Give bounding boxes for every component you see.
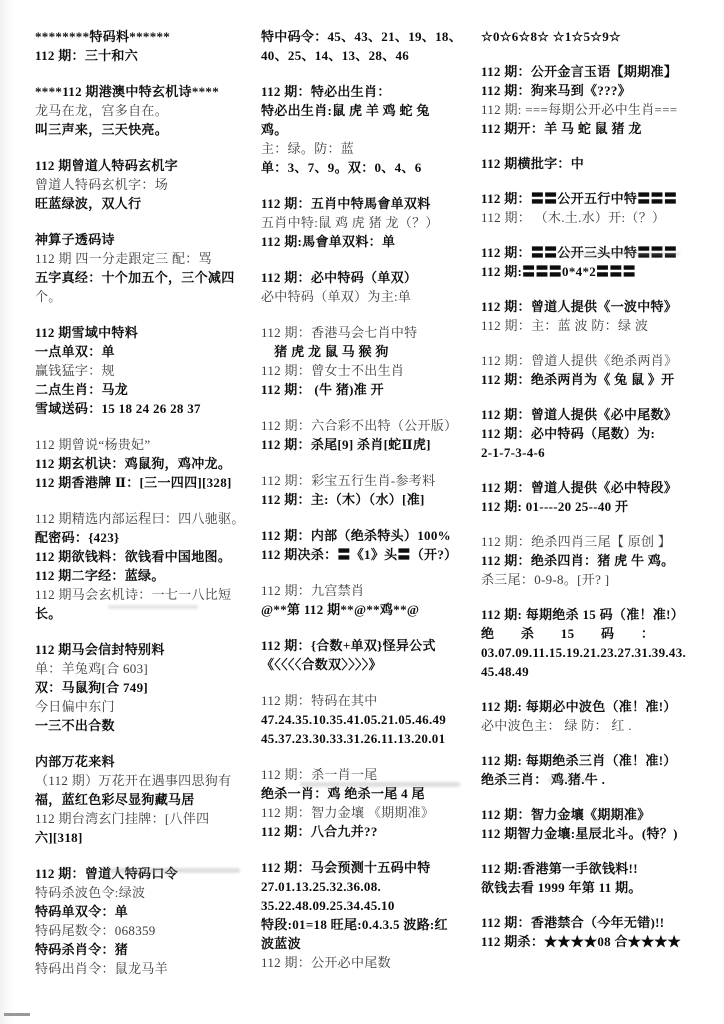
text-line: 特码单双令：单 <box>35 902 259 921</box>
text-block: 112 期：{合数+单双}怪异公式《〈〈〈〈合数双〉〉〉〉》 <box>261 636 479 674</box>
scan-artifact <box>300 782 460 787</box>
text-line: 112 期：特必出生肖： <box>261 82 479 101</box>
text-line: 112 期：曾道人特码口令 <box>35 864 259 883</box>
right-column: ☆0☆6☆8☆ ☆1☆5☆9☆112 期：公开金言玉语【期期准】112 期：狗来… <box>481 27 721 967</box>
text-block: 内部万花来料（112 期）万花开在遇事四思狗有福，蓝红色彩尽显狗藏马居112 期… <box>35 752 259 847</box>
text-line: 112 期香港牌 Ⅱ：[三一四四][328] <box>35 473 259 492</box>
text-line: 112 期 四一分走跟定三 配：骂 <box>35 249 259 268</box>
text-line: 欲钱去看 1999 年第 11 期。 <box>481 878 721 897</box>
text-block: 112 期：九宫禁肖@**第 112 期**@**鸡**@ <box>261 581 479 619</box>
text-block: 112 期：六合彩不出特（公开版）112 期：杀尾[9] 杀肖[蛇Ⅱ虎] <box>261 416 479 454</box>
text-line: 112 期精选内部运程曰：四八驰驱。 <box>35 509 259 528</box>
text-line: 112 期:馬會单双料：单 <box>261 232 479 251</box>
text-line: 112 期：绝杀四肖：猪 虎 牛 鸡。 <box>481 551 721 570</box>
text-line: 绝 杀 15 码 ： <box>481 624 721 643</box>
text-block: 112 期：内部（绝杀特头）100%112 期决杀：〓《1》头〓（开?） <box>261 526 479 564</box>
text-block: 112 期：彩宝五行生肖-参考料112 期：主:（木）（水）[准] <box>261 471 479 509</box>
text-line: 112 期：六合彩不出特（公开版） <box>261 416 479 435</box>
text-line: 112 期： （木.土.水）开:（？） <box>481 208 721 227</box>
text-block: 112 期：曾道人提供《必中特段》112 期: 01----20 25--40 … <box>481 478 721 516</box>
text-line: 112 期台湾玄门挂牌：[八伴四 <box>35 809 259 828</box>
text-line: 45.37.23.30.33.31.26.11.13.20.01 <box>261 729 479 748</box>
text-line: 112 期欲钱料：欲钱看中国地图。 <box>35 547 259 566</box>
text-line: 赢钱猛字：规 <box>35 361 259 380</box>
left-column: ********特码料******112 期：三十和六****112 期港澳中特… <box>35 27 259 995</box>
text-line: 112 期：曾道人提供《绝杀两肖》 <box>481 351 721 370</box>
text-line: 112 期：公开必中尾数 <box>261 953 479 972</box>
text-line: 112 期横批字：中 <box>481 154 721 173</box>
text-block: ****112 期港澳中特玄机诗****龙马在龙，宫多自在。叫三声来，三天快亮。 <box>35 82 259 139</box>
text-block: 112 期：五肖中特馬會单双料五肖中特:鼠 鸡 虎 猪 龙（？）112 期:馬會… <box>261 194 479 251</box>
text-block: 112 期：绝杀四肖三尾【 原创 】112 期：绝杀四肖：猪 虎 牛 鸡。杀三尾… <box>481 532 721 589</box>
scan-artifact <box>560 252 680 256</box>
text-line: 112 期玄机诀：鸡鼠狗，鸡冲龙。 <box>35 454 259 473</box>
text-line: 112 期：曾女士不出生肖 <box>261 361 479 380</box>
text-line: 五肖中特:鼠 鸡 虎 猪 龙（？） <box>261 213 479 232</box>
text-line: 35.22.48.09.25.34.45.10 <box>261 896 479 915</box>
text-line: 112 期:香港第一手欲钱料!! <box>481 859 721 878</box>
text-block: 112 期马会信封特别料单：羊兔鸡[合 603]双：马鼠狗[合 749]今日偏中… <box>35 640 259 735</box>
text-line: 112 期：必中特码（尾数）为: <box>481 424 721 443</box>
text-line: 猪 虎 龙 鼠 马 猴 狗 <box>261 342 479 361</box>
text-block: 112 期:香港第一手欲钱料!!欲钱去看 1999 年第 11 期。 <box>481 859 721 897</box>
text-line: 单：羊兔鸡[合 603] <box>35 659 259 678</box>
text-line: 配密码：{423} <box>35 528 259 547</box>
text-line: 45.48.49 <box>481 662 721 681</box>
text-line: 一点单双：单 <box>35 342 259 361</box>
text-line: 112 期: ===每期公开必中生肖=== <box>481 100 721 119</box>
text-line: 112 期: 每期绝杀三肖（准！准!） <box>481 751 721 770</box>
text-line: 曾道人特码玄机字：场 <box>35 175 259 194</box>
text-line: 03.07.09.11.15.19.21.23.27.31.39.43. <box>481 643 721 662</box>
text-block: 112 期：〓〓公开三头中特〓〓〓112 期:〓〓〓0*4*2〓〓〓 <box>481 243 721 281</box>
text-block: 112 期：特码在其中47.24.35.10.35.41.05.21.05.46… <box>261 691 479 748</box>
text-block: 112 期：公开金言玉语【期期准】112 期：狗来马到《???》112 期: =… <box>481 62 721 138</box>
text-line: 112 期：主:（木）（水）[准] <box>261 490 479 509</box>
text-block: 112 期：香港马会七肖中特 猪 虎 龙 鼠 马 猴 狗112 期：曾女士不出生… <box>261 323 479 399</box>
text-line: 特中码令：45、43、21、19、18、 <box>261 27 479 46</box>
text-line: 112 期：八合九并?? <box>261 822 479 841</box>
text-line: 112 期雪域中特料 <box>35 323 259 342</box>
text-line: 112 期: 每期必中波色（准！准!） <box>481 697 721 716</box>
text-line: 112 期曾说“杨贵妃” <box>35 435 259 454</box>
middle-column: 特中码令：45、43、21、19、18、40、25、14、13、28、46112… <box>261 27 479 989</box>
text-block: 112 期：曾道人提供《绝杀两肖》112 期：绝杀两肖为《 兔 鼠 》开 <box>481 351 721 389</box>
text-line: ****112 期港澳中特玄机诗**** <box>35 82 259 101</box>
text-line: 112 期：智力金壤 《期期准》 <box>261 803 479 822</box>
text-line: 六][318] <box>35 828 259 847</box>
sheet-page: ********特码料******112 期：三十和六****112 期港澳中特… <box>0 0 724 1024</box>
text-line: 112 期：内部（绝杀特头）100% <box>261 526 479 545</box>
text-line: 必中波色主： 绿 防： 红 . <box>481 716 721 735</box>
text-line: 特段:01=18 旺尾:0.4.3.5 波路:红 <box>261 915 479 934</box>
text-block: 112 期雪域中特料一点单双：单赢钱猛字：规二点生肖：马龙雪域送码：15 18 … <box>35 323 259 418</box>
text-block: 112 期横批字：中 <box>481 154 721 173</box>
text-line: 112 期：公开金言玉语【期期准】 <box>481 62 721 81</box>
text-block: 112 期: 每期必中波色（准！准!）必中波色主： 绿 防： 红 . <box>481 697 721 735</box>
text-line: 47.24.35.10.35.41.05.21.05.46.49 <box>261 710 479 729</box>
text-line: 波蓝波 <box>261 934 479 953</box>
text-line: 主：绿。防：蓝 <box>261 139 479 158</box>
text-line: 40、25、14、13、28、46 <box>261 46 479 65</box>
text-line: 112 期：{合数+单双}怪异公式 <box>261 636 479 655</box>
text-line: 112 期决杀：〓《1》头〓（开?） <box>261 545 479 564</box>
text-line: 112 期：香港马会七肖中特 <box>261 323 479 342</box>
text-line: 叫三声来，三天快亮。 <box>35 120 259 139</box>
text-line: 112 期杀：★★★★08 合★★★★ <box>481 932 721 951</box>
text-line: 《〈〈〈〈合数双〉〉〉〉》 <box>261 655 479 674</box>
text-line: 112 期: 每期绝杀 15 码（准！准!） <box>481 605 721 624</box>
text-line: 特码尾数令：068359 <box>35 921 259 940</box>
text-line: 五字真经：十个加五个，三个减四 <box>35 268 259 287</box>
text-line: 112 期：曾道人提供《必中特段》 <box>481 478 721 497</box>
text-line: 112 期:〓〓〓0*4*2〓〓〓 <box>481 262 721 281</box>
text-line: 112 期智力金壤:星辰北斗。(特？) <box>481 824 721 843</box>
text-line: @**第 112 期**@**鸡**@ <box>261 600 479 619</box>
text-line: 112 期二字经：蓝绿。 <box>35 566 259 585</box>
text-line: 绝杀三肖： 鸡.猪.牛 . <box>481 770 721 789</box>
text-block: 112 期: 每期绝杀三肖（准！准!）绝杀三肖： 鸡.猪.牛 . <box>481 751 721 789</box>
text-line: 112 期：〓〓公开五行中特〓〓〓 <box>481 189 721 208</box>
scan-artifact <box>548 778 588 782</box>
text-line: 112 期：绝杀四肖三尾【 原创 】 <box>481 532 721 551</box>
text-block: 112 期：杀一肖一尾绝杀一肖：鸡 绝杀一尾 4 尾112 期：智力金壤 《期期… <box>261 765 479 841</box>
text-line: 今日偏中东门 <box>35 697 259 716</box>
text-block: 112 期: 每期绝杀 15 码（准！准!）绝 杀 15 码 ：03.07.09… <box>481 605 721 681</box>
text-block: 112 期：智力金壤《期期准》112 期智力金壤:星辰北斗。(特？) <box>481 805 721 843</box>
text-line: 个。 <box>35 287 259 306</box>
text-line: 112 期: 01----20 25--40 开 <box>481 497 721 516</box>
text-line: 112 期：香港禁合（今年无错)!! <box>481 913 721 932</box>
text-line: 神算子透码诗 <box>35 230 259 249</box>
text-block: 112 期：曾道人特码口令特码杀波色令:绿波特码单双令：单特码尾数令：06835… <box>35 864 259 978</box>
text-line: 112 期：三十和六 <box>35 46 259 65</box>
text-line: 112 期开：羊 马 蛇 鼠 猪 龙 <box>481 119 721 138</box>
text-line: 特码杀肖令：猪 <box>35 940 259 959</box>
text-line: 27.01.13.25.32.36.08. <box>261 877 479 896</box>
text-block: ☆0☆6☆8☆ ☆1☆5☆9☆ <box>481 27 721 46</box>
text-line: 112 期：绝杀两肖为《 兔 鼠 》开 <box>481 370 721 389</box>
text-line: 福，蓝红色彩尽显狗藏马居 <box>35 790 259 809</box>
text-line: 112 期：五肖中特馬會单双料 <box>261 194 479 213</box>
text-line: 112 期：智力金壤《期期准》 <box>481 805 721 824</box>
text-line: （112 期）万花开在遇事四思狗有 <box>35 771 259 790</box>
text-line: 112 期：曾道人提供《必中尾数》 <box>481 405 721 424</box>
text-line: 内部万花来料 <box>35 752 259 771</box>
text-line: 112 期：曾道人提供《一波中特》 <box>481 297 721 316</box>
text-line: 龙马在龙，宫多自在。 <box>35 101 259 120</box>
text-line: 特码出肖令：鼠龙马羊 <box>35 959 259 978</box>
text-block: 112 期：特必出生肖：特必出生肖:鼠 虎 羊 鸡 蛇 兔鸡。主：绿。防：蓝单：… <box>261 82 479 177</box>
text-line: 112 期：狗来马到《???》 <box>481 81 721 100</box>
text-line: 112 期：特码在其中 <box>261 691 479 710</box>
text-block: ********特码料******112 期：三十和六 <box>35 27 259 65</box>
scan-artifact <box>110 868 240 873</box>
text-line: 旺蓝绿波，双人行 <box>35 194 259 213</box>
text-block: 112 期：〓〓公开五行中特〓〓〓112 期： （木.土.水）开:（？） <box>481 189 721 227</box>
text-line: 单：3、7、9。双：0、4、6 <box>261 158 479 177</box>
text-line: 雪域送码：15 18 24 26 28 37 <box>35 399 259 418</box>
text-line: 112 期：九宫禁肖 <box>261 581 479 600</box>
text-line: 112 期：杀尾[9] 杀肖[蛇Ⅱ虎] <box>261 435 479 454</box>
text-line: 鸡。 <box>261 120 479 139</box>
text-line: ********特码料****** <box>35 27 259 46</box>
text-line: 112 期：主：蓝 波 防：绿 波 <box>481 316 721 335</box>
text-block: 112 期：曾道人提供《一波中特》112 期：主：蓝 波 防：绿 波 <box>481 297 721 335</box>
text-line: 112 期： (牛 猪)准 开 <box>261 380 479 399</box>
text-line: 112 期：必中特码（单双） <box>261 268 479 287</box>
text-line: 特码杀波色令:绿波 <box>35 883 259 902</box>
scan-artifact <box>108 605 198 609</box>
text-line: 一三不出合数 <box>35 716 259 735</box>
text-block: 神算子透码诗112 期 四一分走跟定三 配：骂五字真经：十个加五个，三个减四个。 <box>35 230 259 306</box>
text-line: 112 期马会玄机诗：一七一八比短 <box>35 585 259 604</box>
text-line: 杀三尾：0-9-8。[开? ] <box>481 570 721 589</box>
text-block: 112 期曾道人特码玄机字曾道人特码玄机字：场旺蓝绿波，双人行 <box>35 156 259 213</box>
scan-corner-mark <box>4 1013 30 1016</box>
text-line: 112 期：彩宝五行生肖-参考料 <box>261 471 479 490</box>
text-line: 112 期马会信封特别料 <box>35 640 259 659</box>
text-block: 特中码令：45、43、21、19、18、40、25、14、13、28、46 <box>261 27 479 65</box>
text-block: 112 期：必中特码（单双）必中特码（单双）为主:单 <box>261 268 479 306</box>
text-block: 112 期：曾道人提供《必中尾数》112 期：必中特码（尾数）为:2-1-7-3… <box>481 405 721 462</box>
text-line: ☆0☆6☆8☆ ☆1☆5☆9☆ <box>481 27 721 46</box>
text-line: 必中特码（单双）为主:单 <box>261 287 479 306</box>
text-line: 二点生肖：马龙 <box>35 380 259 399</box>
text-line: 特必出生肖:鼠 虎 羊 鸡 蛇 兔 <box>261 101 479 120</box>
text-line: 2-1-7-3-4-6 <box>481 443 721 462</box>
text-line: 双：马鼠狗[合 749] <box>35 678 259 697</box>
text-line: 112 期曾道人特码玄机字 <box>35 156 259 175</box>
text-block: 112 期曾说“杨贵妃”112 期玄机诀：鸡鼠狗，鸡冲龙。112 期香港牌 Ⅱ：… <box>35 435 259 492</box>
text-block: 112 期：香港禁合（今年无错)!!112 期杀：★★★★08 合★★★★ <box>481 913 721 951</box>
text-block: 112 期：马会预测十五码中特27.01.13.25.32.36.08.35.2… <box>261 858 479 972</box>
text-line: 112 期：马会预测十五码中特 <box>261 858 479 877</box>
